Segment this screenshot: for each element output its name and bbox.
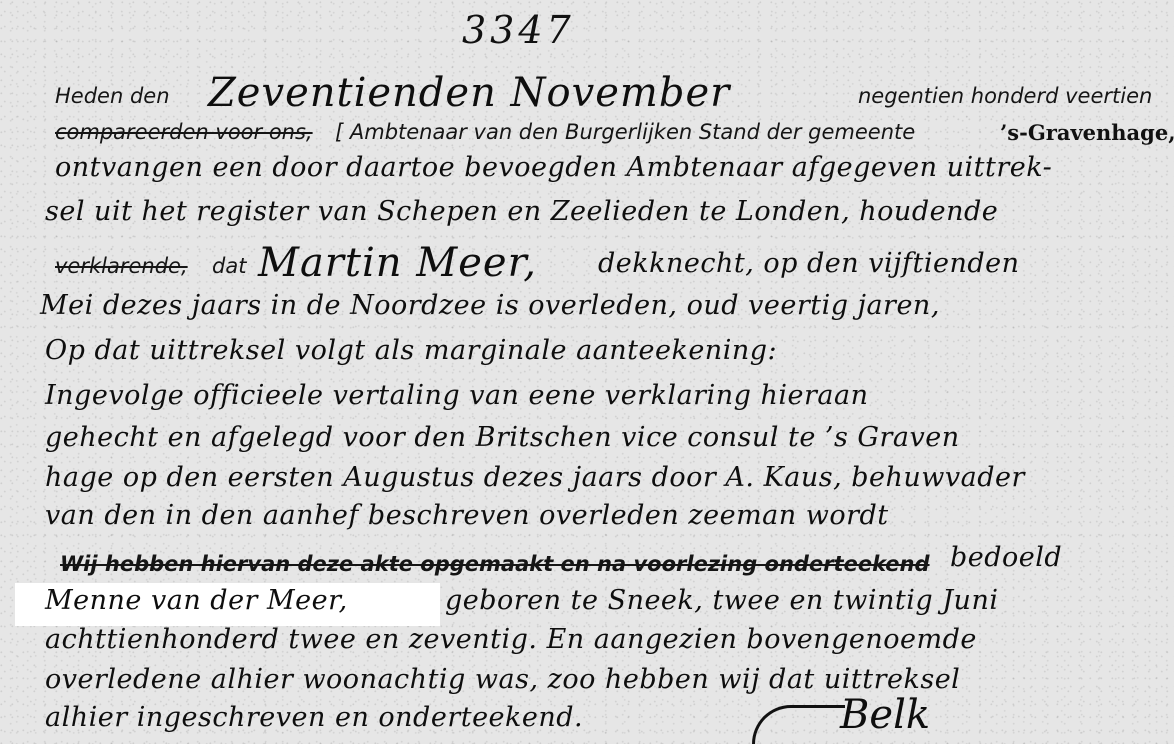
struck-verklarende: verklarende, [55, 254, 188, 278]
handwritten-date: Zeventienden November [208, 70, 730, 116]
printed-ambtenaar: [ Ambtenaar van den Burgerlijken Stand d… [335, 120, 915, 144]
line-9: gehecht en afgelegd voor den Britschen v… [45, 422, 960, 453]
printed-heden-den: Heden den [55, 84, 170, 108]
line-7: Op dat uittreksel volgt als marginale aa… [45, 335, 777, 366]
line-11: van den in den aanhef beschreven overled… [45, 500, 889, 531]
line-3: ontvangen een door daartoe bevoegden Amb… [55, 152, 1052, 183]
printed-year: negentien honderd veertien [858, 84, 1152, 108]
signature: Belk [840, 692, 930, 738]
printed-dat: dat [212, 254, 246, 278]
struck-closing-formula: Wij hebben hiervan deze akte opgemaakt e… [60, 552, 930, 576]
line-8: Ingevolge officieele vertaling van eene … [45, 380, 868, 411]
line-15: overledene alhier woonachtig was, zoo he… [45, 664, 960, 695]
handwritten-bedoeld: bedoeld [950, 542, 1062, 573]
line-6: Mei dezes jaars in de Noordzee is overle… [40, 290, 940, 321]
line-16: alhier ingeschreven en onderteekend. [45, 702, 583, 733]
handwritten-occupation: dekknecht, op den vijftienden [598, 248, 1020, 279]
struck-compareerden: compareerden voor ons, [55, 120, 313, 144]
printed-municipality: ’s-Gravenhage, [1000, 120, 1174, 145]
line-10: hage op den eersten Augustus dezes jaars… [45, 462, 1025, 493]
handwritten-birth-info: geboren te Sneek, twee en twintig Juni [445, 585, 998, 616]
line-4: sel uit het register van Schepen en Zeel… [45, 196, 998, 227]
signature-flourish [752, 705, 845, 744]
handwritten-deceased-name: Martin Meer, [258, 240, 537, 286]
line-14: achttienhonderd twee en zeventig. En aan… [45, 624, 977, 655]
highlighted-name: Menne van der Meer, [45, 585, 348, 616]
act-number: 3347 [462, 8, 575, 52]
